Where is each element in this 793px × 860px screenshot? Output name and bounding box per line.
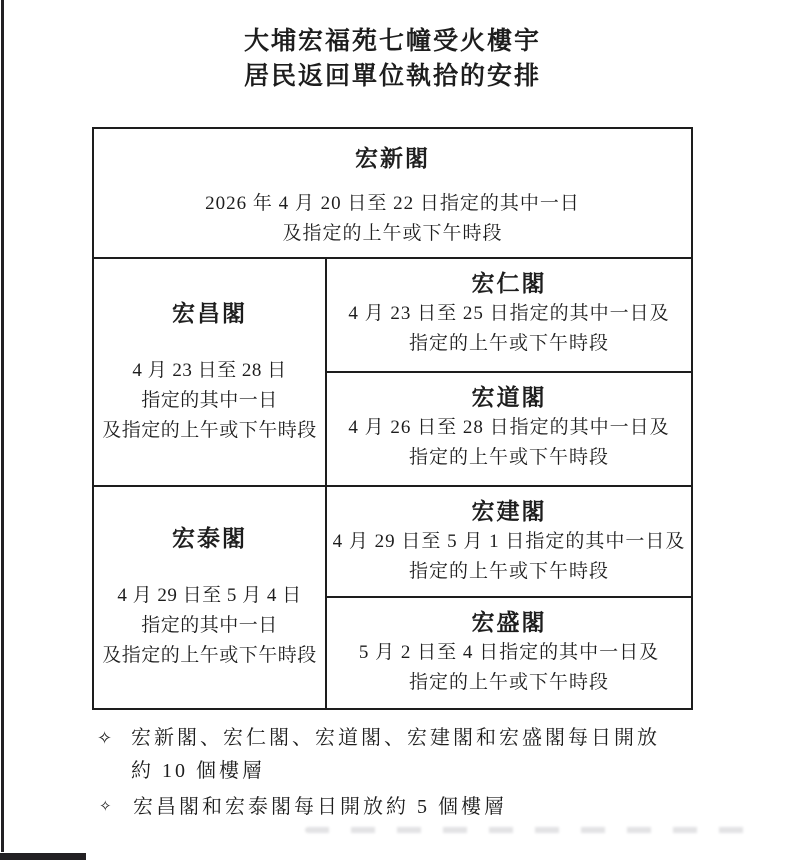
note-item-1: ✧ 宏新閣、宏仁閣、宏道閣、宏建閣和宏盛閣每日開放 約 10 個樓層 bbox=[97, 722, 742, 788]
right-column-group-1: 宏仁閣 4 月 23 日至 25 日指定的其中一日及 指定的上午或下午時段 宏道… bbox=[327, 259, 691, 485]
note-item-1-line-1: 宏新閣、宏仁閣、宏道閣、宏建閣和宏盛閣每日開放 bbox=[131, 722, 660, 755]
schedule-hong-tai-line-2: 指定的其中一日 bbox=[102, 611, 317, 641]
building-name-hong-dou: 宏道閣 bbox=[327, 383, 691, 413]
schedule-hong-kin-line-1: 4 月 29 日至 5 月 1 日指定的其中一日及 bbox=[327, 527, 691, 557]
cell-hong-dou: 宏道閣 4 月 26 日至 28 日指定的其中一日及 指定的上午或下午時段 bbox=[327, 373, 691, 485]
schedule-hong-cheong-line-3: 及指定的上午或下午時段 bbox=[102, 416, 317, 446]
schedule-hong-shing-line-1: 5 月 2 日至 4 日指定的其中一日及 bbox=[327, 638, 691, 668]
diamond-bullet-icon: ✧ bbox=[97, 722, 131, 755]
note-item-1-line-2: 約 10 個樓層 bbox=[131, 755, 660, 788]
document-title: 大埔宏福苑七幢受火樓宇 居民返回單位執拾的安排 bbox=[92, 24, 693, 94]
title-line-2: 居民返回單位執拾的安排 bbox=[92, 59, 693, 94]
schedule-hong-san-line-1: 2026 年 4 月 20 日至 22 日指定的其中一日 bbox=[94, 189, 691, 219]
note-item-2-line-1: 宏昌閣和宏泰閣每日開放約 5 個樓層 bbox=[133, 791, 507, 824]
building-name-hong-san: 宏新閣 bbox=[94, 144, 691, 174]
page-left-border-line bbox=[1, 0, 4, 852]
building-name-hong-shing: 宏盛閣 bbox=[327, 608, 691, 638]
note-item-2-text: 宏昌閣和宏泰閣每日開放約 5 個樓層 bbox=[133, 791, 507, 824]
diamond-bullet-icon: ✧ bbox=[97, 791, 133, 824]
title-line-1: 大埔宏福苑七幢受火樓宇 bbox=[92, 24, 693, 59]
cell-hong-shing: 宏盛閣 5 月 2 日至 4 日指定的其中一日及 指定的上午或下午時段 bbox=[327, 598, 691, 708]
cell-hong-san: 宏新閣 2026 年 4 月 20 日至 22 日指定的其中一日 及指定的上午或… bbox=[94, 129, 691, 259]
schedule-hong-dou: 4 月 26 日至 28 日指定的其中一日及 指定的上午或下午時段 bbox=[327, 413, 691, 473]
building-name-hong-cheong: 宏昌閣 bbox=[172, 299, 247, 329]
building-name-hong-yan: 宏仁閣 bbox=[327, 269, 691, 299]
schedule-hong-cheong: 4 月 23 日至 28 日 指定的其中一日 及指定的上午或下午時段 bbox=[102, 356, 317, 446]
document-page: 大埔宏福苑七幢受火樓宇 居民返回單位執拾的安排 宏新閣 2026 年 4 月 2… bbox=[0, 0, 793, 860]
schedule-hong-kin-line-2: 指定的上午或下午時段 bbox=[327, 557, 691, 587]
note-item-2: ✧ 宏昌閣和宏泰閣每日開放約 5 個樓層 bbox=[97, 791, 742, 824]
schedule-hong-cheong-line-1: 4 月 23 日至 28 日 bbox=[102, 356, 317, 386]
schedule-hong-kin: 4 月 29 日至 5 月 1 日指定的其中一日及 指定的上午或下午時段 bbox=[327, 527, 691, 587]
schedule-hong-tai-line-3: 及指定的上午或下午時段 bbox=[102, 641, 317, 671]
schedule-hong-shing-line-2: 指定的上午或下午時段 bbox=[327, 668, 691, 698]
schedule-hong-dou-line-1: 4 月 26 日至 28 日指定的其中一日及 bbox=[327, 413, 691, 443]
schedule-hong-yan-line-2: 指定的上午或下午時段 bbox=[327, 329, 691, 359]
schedule-hong-san-line-2: 及指定的上午或下午時段 bbox=[94, 219, 691, 249]
table-row-group-1: 宏昌閣 4 月 23 日至 28 日 指定的其中一日 及指定的上午或下午時段 宏… bbox=[94, 259, 691, 487]
cell-hong-cheong: 宏昌閣 4 月 23 日至 28 日 指定的其中一日 及指定的上午或下午時段 bbox=[94, 259, 327, 485]
building-name-hong-tai: 宏泰閣 bbox=[172, 524, 247, 554]
cell-hong-kin: 宏建閣 4 月 29 日至 5 月 1 日指定的其中一日及 指定的上午或下午時段 bbox=[327, 487, 691, 598]
cell-hong-yan: 宏仁閣 4 月 23 日至 25 日指定的其中一日及 指定的上午或下午時段 bbox=[327, 259, 691, 373]
schedule-hong-dou-line-2: 指定的上午或下午時段 bbox=[327, 443, 691, 473]
cell-hong-tai: 宏泰閣 4 月 29 日至 5 月 4 日 指定的其中一日 及指定的上午或下午時… bbox=[94, 487, 327, 708]
schedule-hong-shing: 5 月 2 日至 4 日指定的其中一日及 指定的上午或下午時段 bbox=[327, 638, 691, 698]
table-row-group-2: 宏泰閣 4 月 29 日至 5 月 4 日 指定的其中一日 及指定的上午或下午時… bbox=[94, 487, 691, 708]
scan-ghost-artifact bbox=[305, 827, 760, 833]
schedule-table: 宏新閣 2026 年 4 月 20 日至 22 日指定的其中一日 及指定的上午或… bbox=[92, 127, 693, 710]
schedule-hong-cheong-line-2: 指定的其中一日 bbox=[102, 386, 317, 416]
schedule-hong-yan: 4 月 23 日至 25 日指定的其中一日及 指定的上午或下午時段 bbox=[327, 299, 691, 359]
building-name-hong-kin: 宏建閣 bbox=[327, 497, 691, 527]
notes-list: ✧ 宏新閣、宏仁閣、宏道閣、宏建閣和宏盛閣每日開放 約 10 個樓層 ✧ 宏昌閣… bbox=[97, 722, 742, 824]
schedule-hong-yan-line-1: 4 月 23 日至 25 日指定的其中一日及 bbox=[327, 299, 691, 329]
schedule-hong-tai: 4 月 29 日至 5 月 4 日 指定的其中一日 及指定的上午或下午時段 bbox=[102, 581, 317, 671]
note-item-1-text: 宏新閣、宏仁閣、宏道閣、宏建閣和宏盛閣每日開放 約 10 個樓層 bbox=[131, 722, 660, 788]
schedule-hong-tai-line-1: 4 月 29 日至 5 月 4 日 bbox=[102, 581, 317, 611]
bottom-left-corner-mark bbox=[0, 853, 86, 860]
right-column-group-2: 宏建閣 4 月 29 日至 5 月 1 日指定的其中一日及 指定的上午或下午時段… bbox=[327, 487, 691, 708]
schedule-hong-san: 2026 年 4 月 20 日至 22 日指定的其中一日 及指定的上午或下午時段 bbox=[94, 189, 691, 249]
